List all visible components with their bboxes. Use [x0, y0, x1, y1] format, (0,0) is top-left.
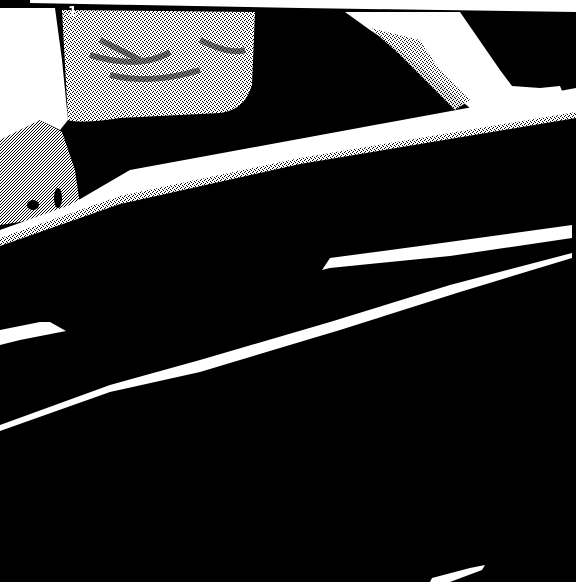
overlay-mark: 1 — [68, 6, 77, 19]
shirt-fabric — [62, 10, 255, 122]
finger-shadow — [54, 188, 62, 208]
photograph — [0, 0, 576, 582]
finger-shadow — [27, 200, 39, 210]
